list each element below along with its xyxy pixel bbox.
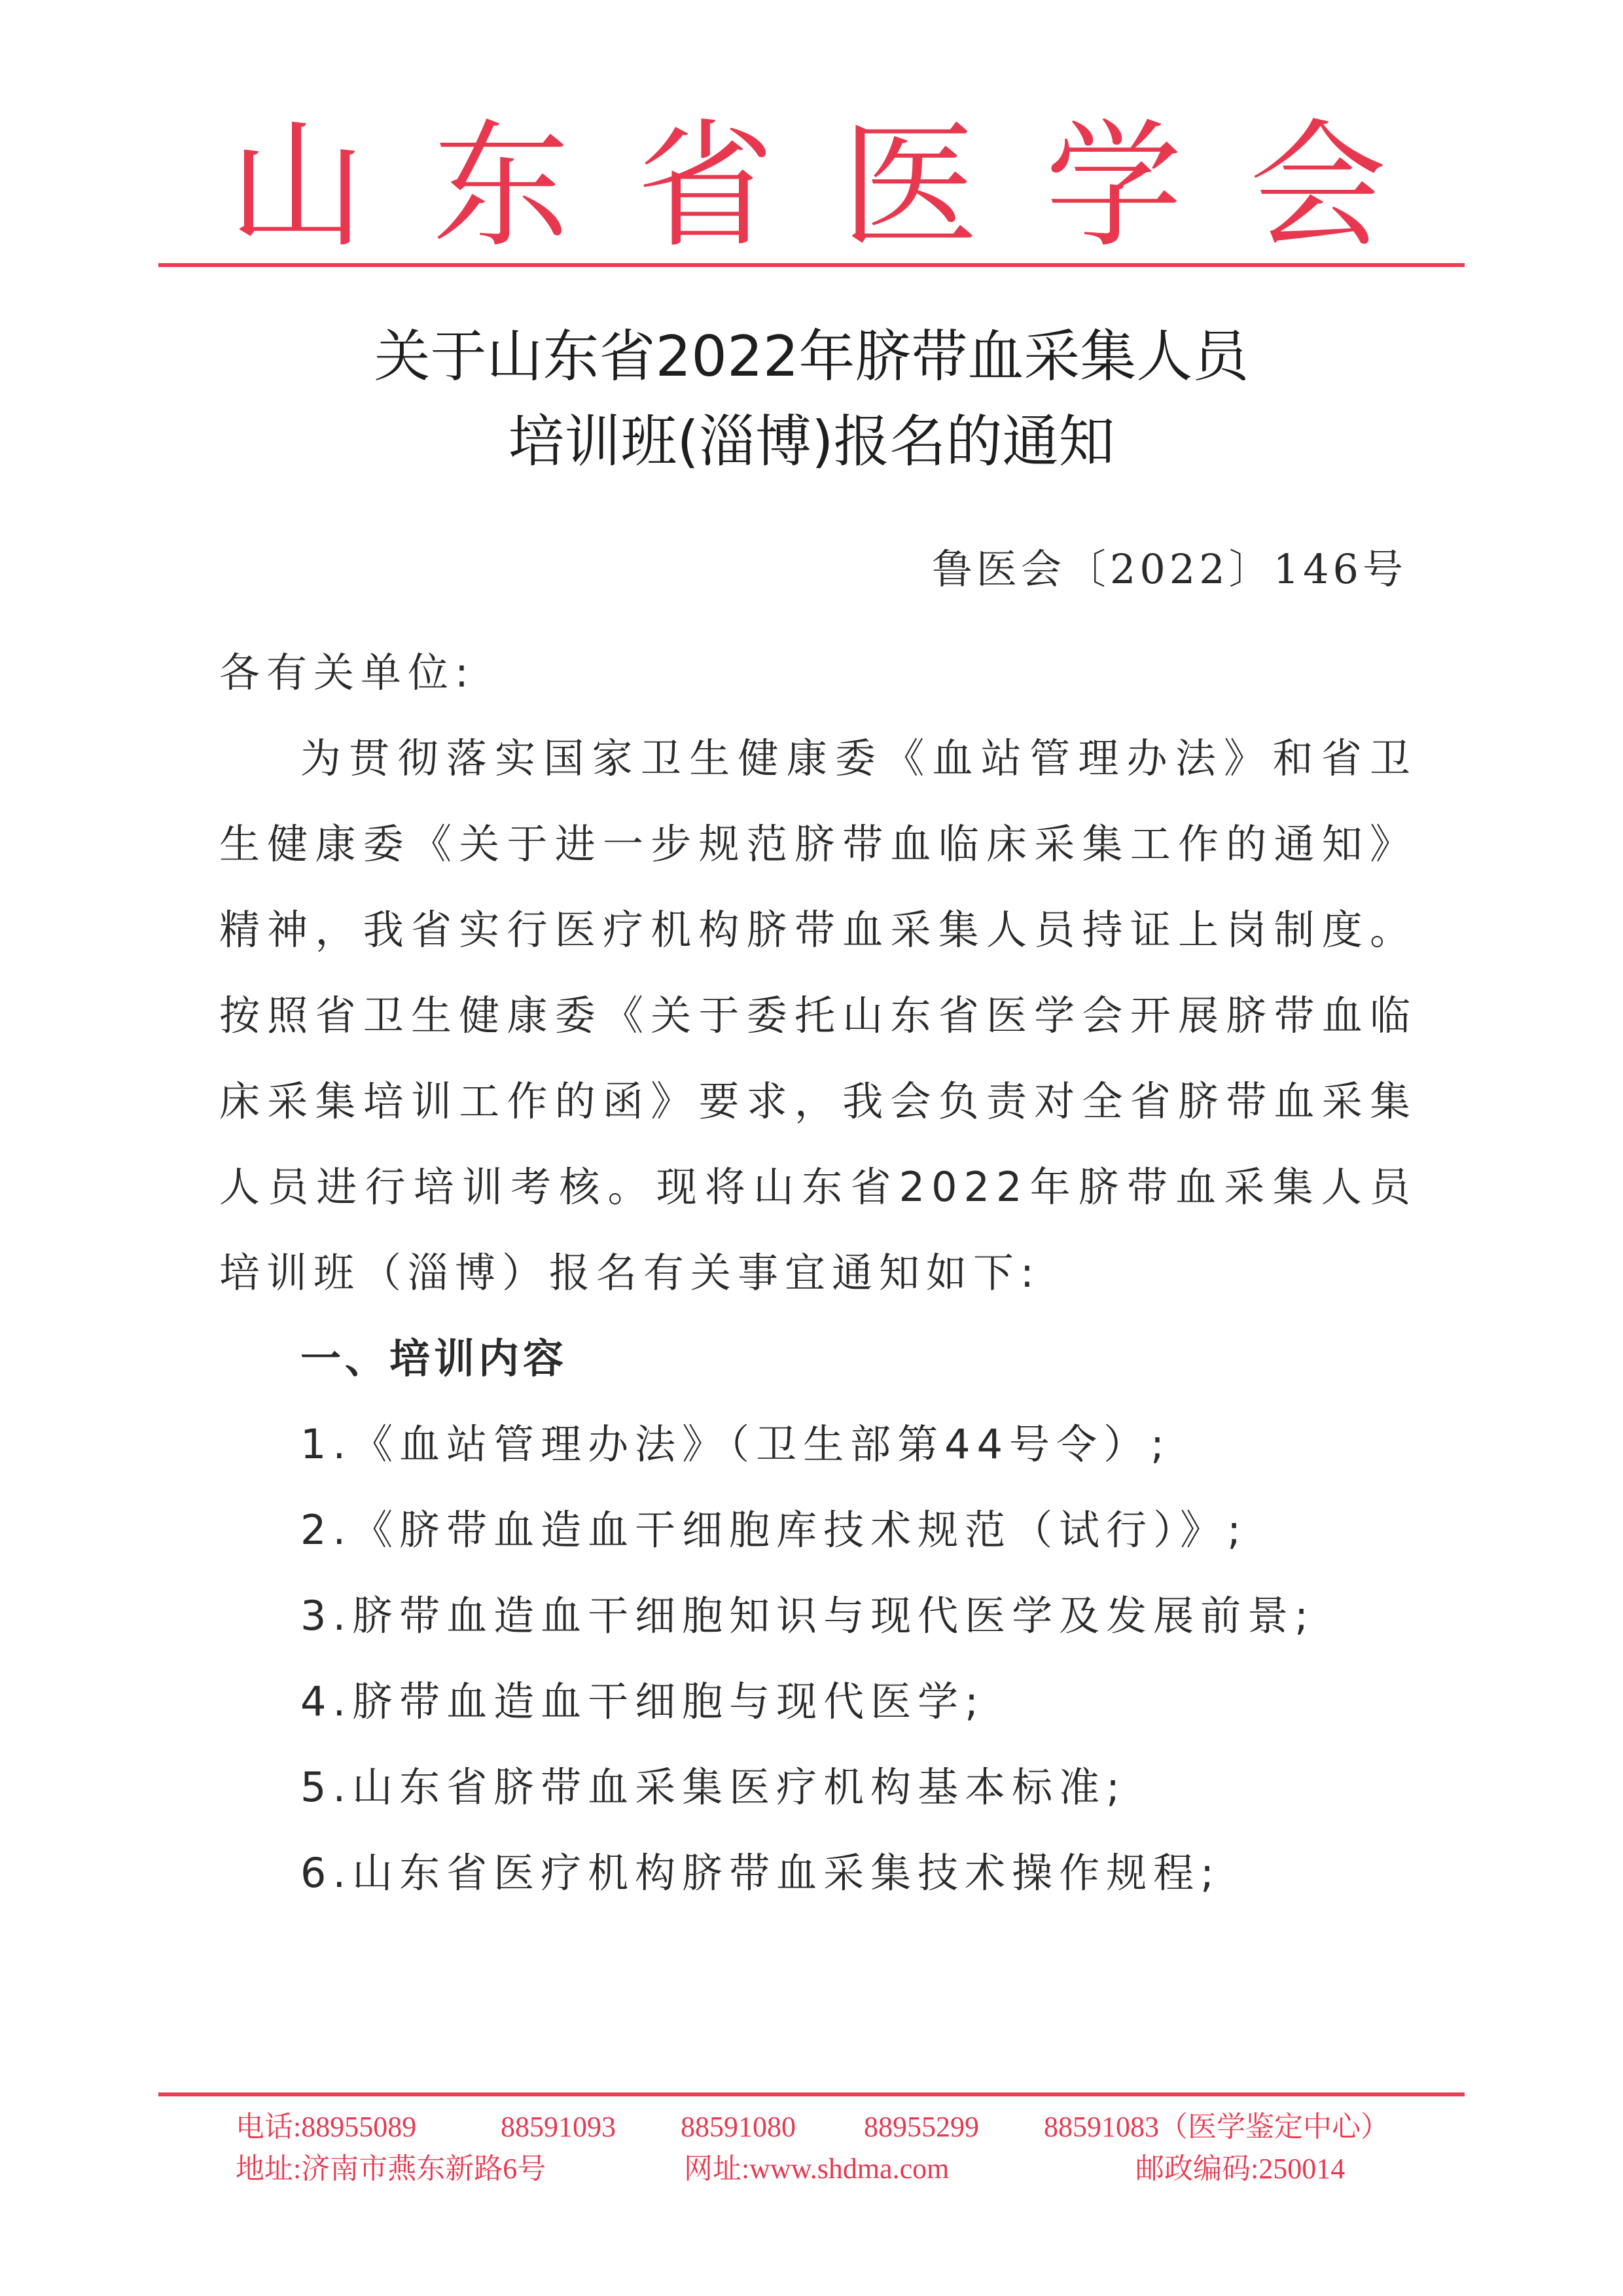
letterhead-divider-top (158, 263, 1465, 267)
footer-website: 网址:www.shdma.com (684, 2148, 1135, 2190)
footer-phone-5: 88591083（医学鉴定中心） (1044, 2106, 1389, 2148)
footer-address-row: 地址:济南市燕东新路6号 网址:www.shdma.com 邮政编码:25001… (236, 2148, 1466, 2190)
list-item: 2.《脐带血造血干细胞库技术规范（试行）》; (300, 1487, 1417, 1573)
postcode-label: 邮政编码: (1135, 2153, 1258, 2185)
list-item: 3.脐带血造血干细胞知识与现代医学及发展前景; (300, 1573, 1417, 1659)
website-value: www.shdma.com (749, 2153, 949, 2185)
website-label: 网址: (684, 2153, 749, 2185)
footer-postcode: 邮政编码:250014 (1135, 2148, 1345, 2190)
list-item: 4.脐带血造血干细胞与现代医学; (300, 1659, 1417, 1744)
footer-divider (158, 2092, 1465, 2096)
footer-phone-row: 电话:88955089 88591093 88591080 88955299 8… (236, 2106, 1466, 2148)
address-value: 济南市燕东新路6号 (301, 2153, 546, 2185)
salutation: 各有关单位: (219, 630, 1417, 715)
list-item: 6.山东省医疗机构脐带血采集技术操作规程; (300, 1830, 1417, 1916)
intro-paragraph: 为贯彻落实国家卫生健康委《血站管理办法》和省卫生健康委《关于进一步规范脐带血临床… (219, 715, 1417, 1316)
list-item: 1.《血站管理办法》（卫生部第44号令）; (300, 1401, 1417, 1487)
list-item: 5.山东省脐带血采集医疗机构基本标准; (300, 1744, 1417, 1830)
footer-phone-2: 88591093 (501, 2106, 681, 2148)
footer-address: 地址:济南市燕东新路6号 (236, 2148, 684, 2190)
section-heading-training-content: 一、培训内容 (300, 1316, 1417, 1401)
notice-title-line-2: 培训班(淄博)报名的通知 (196, 399, 1427, 484)
notice-title: 关于山东省2022年脐带血采集人员 培训班(淄博)报名的通知 (196, 314, 1427, 484)
footer-phone-1: 电话:88955089 (236, 2106, 501, 2148)
address-label: 地址: (236, 2153, 301, 2185)
phone-label: 电话: (236, 2111, 301, 2143)
footer-phone-3: 88591080 (681, 2106, 864, 2148)
document-number: 鲁医会〔2022〕146号 (932, 537, 1407, 595)
letterhead-organization-name: 山东省医学会 (157, 115, 1466, 259)
footer-phone-4: 88955299 (864, 2106, 1044, 2148)
notice-title-line-1: 关于山东省2022年脐带血采集人员 (196, 314, 1427, 399)
postcode-value: 250014 (1258, 2153, 1345, 2185)
notice-body: 各有关单位: 为贯彻落实国家卫生健康委《血站管理办法》和省卫生健康委《关于进一步… (219, 630, 1417, 1916)
phone-number: 88955089 (301, 2111, 416, 2143)
letterhead-footer: 电话:88955089 88591093 88591080 88955299 8… (236, 2106, 1466, 2190)
